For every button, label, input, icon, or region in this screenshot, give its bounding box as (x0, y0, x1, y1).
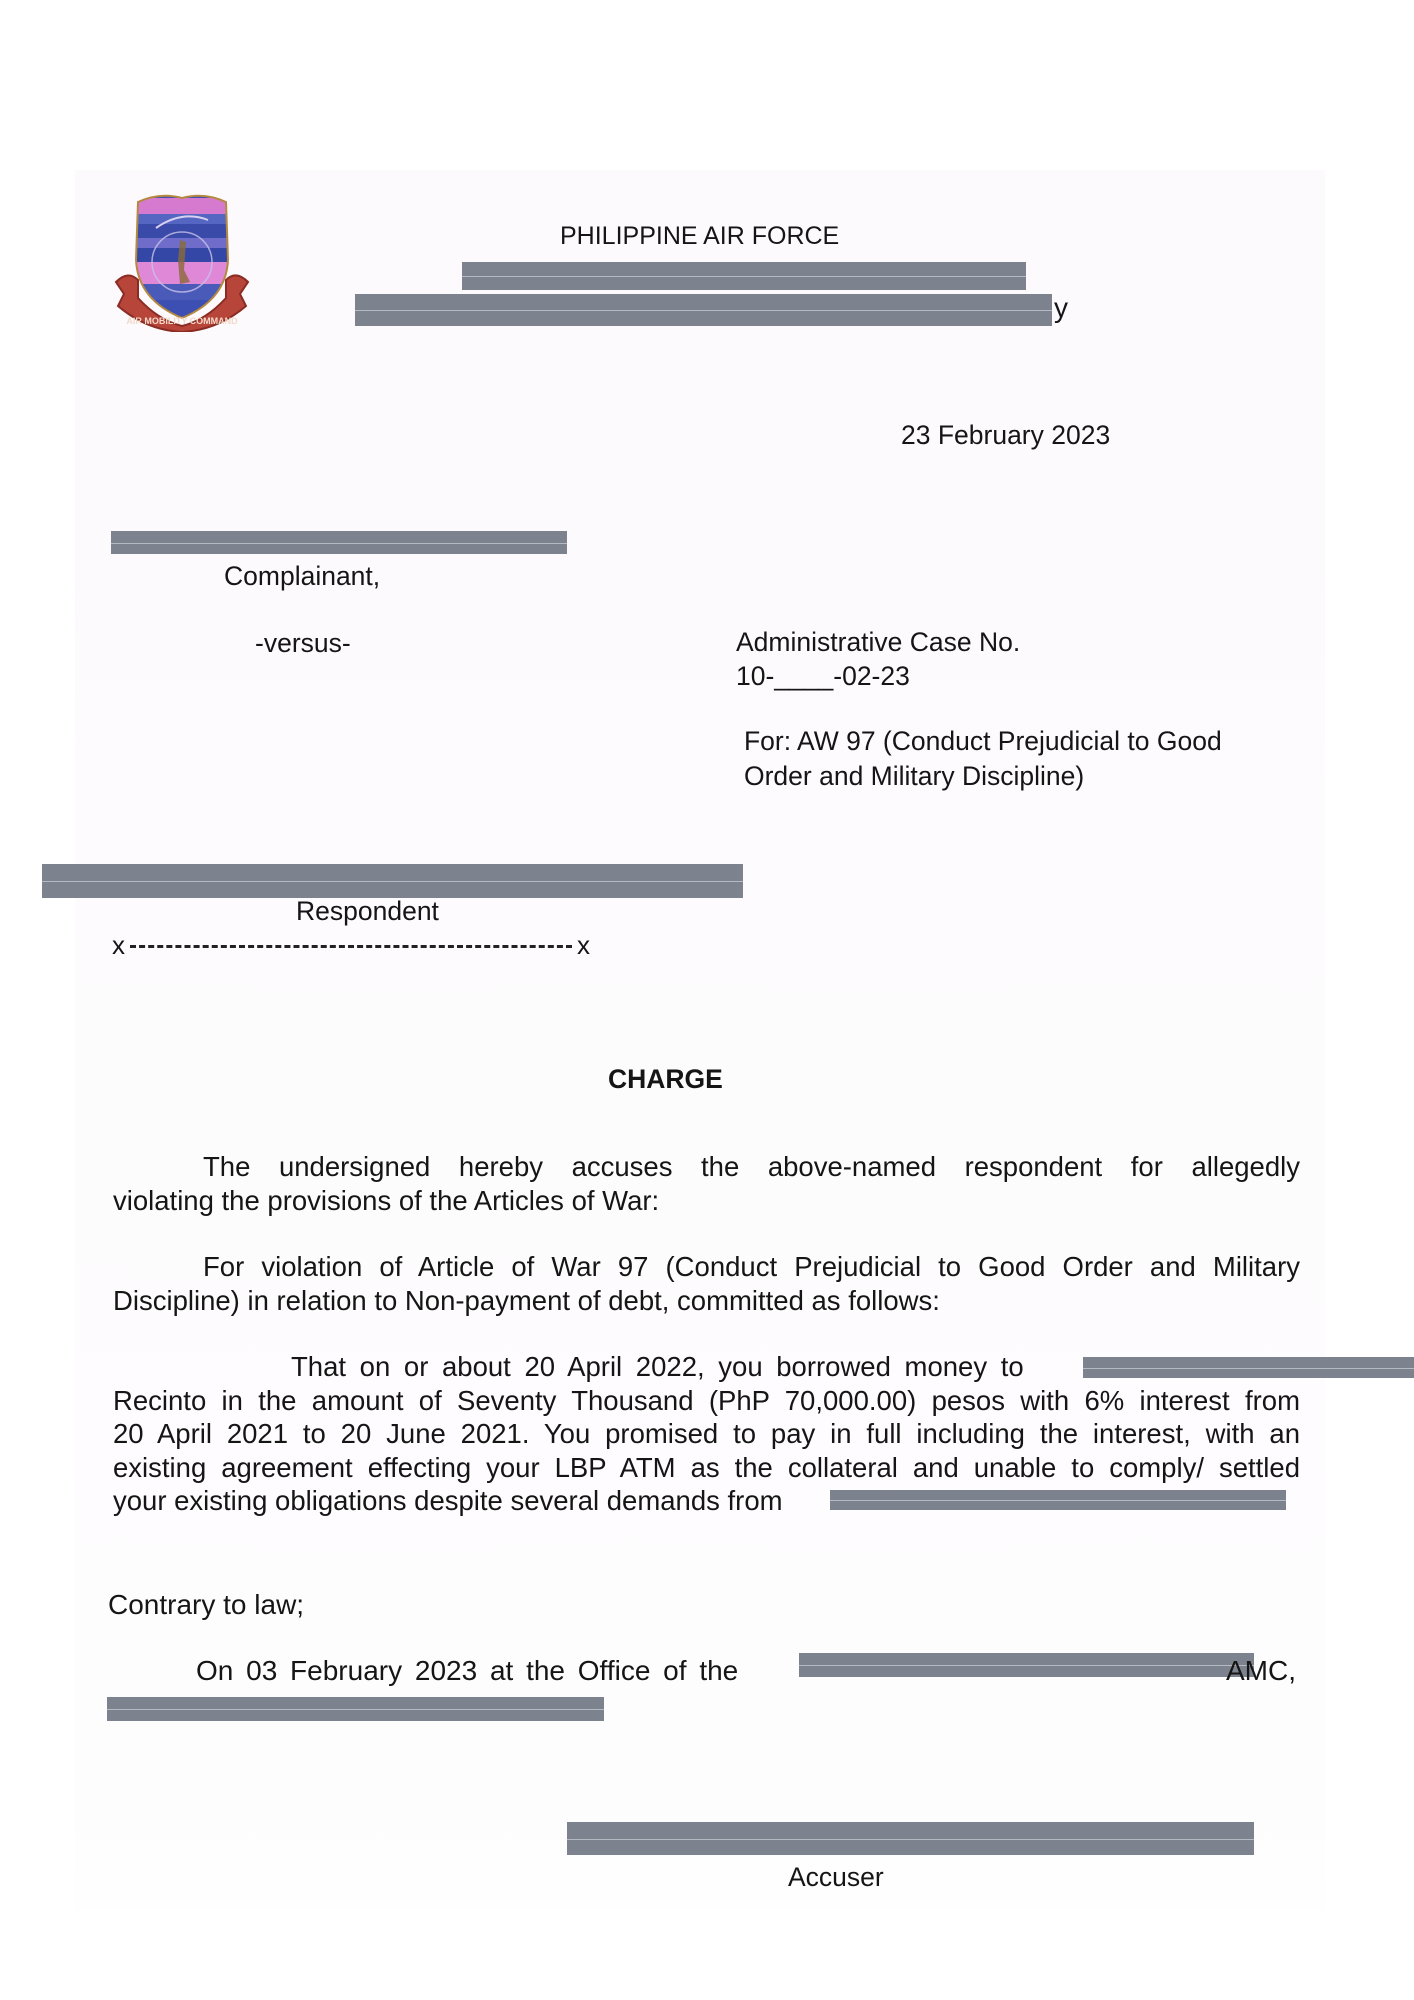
charge-paragraph-2: For violation of Article of War 97 (Cond… (113, 1250, 1300, 1317)
separator-dashes (130, 945, 572, 948)
complainant-label: Complainant, (224, 561, 380, 592)
redacted-unit-address (355, 294, 1052, 326)
paragraph-line: The undersigned hereby accuses the above… (113, 1150, 1300, 1184)
contrary-to-law: Contrary to law; (108, 1589, 304, 1621)
charge-heading: CHARGE (608, 1064, 723, 1095)
paragraph-line: Discipline) in relation to Non-payment o… (113, 1284, 1300, 1318)
redacted-office-name (799, 1653, 1254, 1677)
case-for-line2: Order and Military Discipline) (744, 761, 1084, 792)
versus-label: -versus- (255, 628, 351, 659)
header-line2-trailing-char: y (1054, 292, 1068, 324)
place-date-line-start: On 03 February 2023 at the Office of the (196, 1655, 738, 1687)
paragraph-line: For violation of Article of War 97 (Cond… (113, 1250, 1300, 1284)
svg-text:AIR MOBILITY COMMAND: AIR MOBILITY COMMAND (126, 316, 238, 326)
paragraph-line: violating the provisions of the Articles… (113, 1184, 1300, 1218)
redacted-lender-name (1083, 1357, 1414, 1378)
organization-title: PHILIPPINE AIR FORCE (560, 222, 839, 251)
redacted-demander-name (830, 1490, 1286, 1510)
redacted-location (107, 1697, 604, 1721)
redacted-respondent-name (42, 864, 743, 898)
case-for-line1: For: AW 97 (Conduct Prejudicial to Good (744, 726, 1222, 757)
redacted-accuser-name (567, 1822, 1254, 1855)
case-title: Administrative Case No. (736, 627, 1020, 658)
case-number: 10-____-02-23 (736, 661, 910, 692)
charge-paragraph-1: The undersigned hereby accuses the above… (113, 1150, 1300, 1217)
separator-x-right: x (577, 930, 590, 961)
separator-x-left: x (112, 930, 125, 961)
redacted-unit-name (462, 262, 1026, 290)
respondent-label: Respondent (296, 896, 439, 927)
paragraph-line: existing agreement effecting your LBP AT… (113, 1451, 1300, 1485)
place-date-line-end: AMC, (1226, 1655, 1296, 1687)
paragraph-line: Recinto in the amount of Seventy Thousan… (113, 1384, 1300, 1418)
document-date: 23 February 2023 (901, 420, 1110, 451)
document-page (75, 170, 1325, 1910)
caption-separator: x x (112, 930, 590, 960)
accuser-label: Accuser (788, 1862, 884, 1893)
air-mobility-command-shield-icon: AIR MOBILITY COMMAND (108, 190, 256, 332)
redacted-complainant-name (111, 531, 567, 554)
paragraph-line: 20 April 2021 to 20 June 2021. You promi… (113, 1417, 1300, 1451)
